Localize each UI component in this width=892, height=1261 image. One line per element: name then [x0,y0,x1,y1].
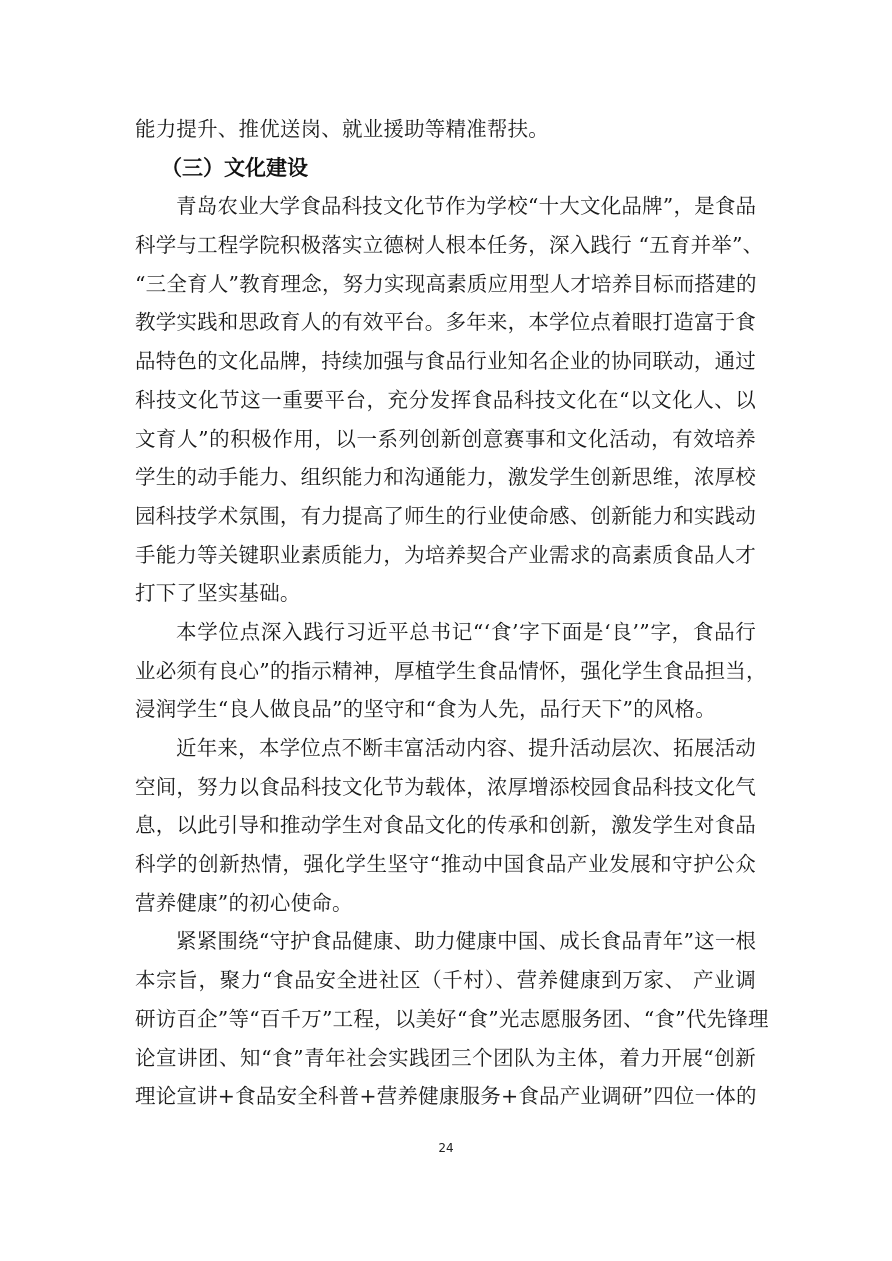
paragraph-line: “三全育人”教育理念，努力实现高素质应用型人才培养目标而搭建的 [135,265,756,304]
paragraph-line: 科学的创新热情，强化学生坚守“推动中国食品产业发展和守护公众 [135,845,756,884]
paragraph-line: 论宣讲团、知“食”青年社会实践团三个团队为主体，着力开展“创新 [135,1039,756,1078]
paragraph-core-purpose: 紧紧围绕“守护食品健康、助力健康中国、成长食品青年”这一根 本宗旨，聚力“食品安… [135,922,756,1115]
paragraph-line: 近年来，本学位点不断丰富活动内容、提升活动层次、拓展活动 [135,729,756,768]
paragraph-line: 青岛农业大学食品科技文化节作为学校“十大文化品牌”，是食品 [135,187,756,226]
paragraph-line: 手能力等关键职业素质能力，为培养契合产业需求的高素质食品人才 [135,536,756,575]
paragraph-line: 紧紧围绕“守护食品健康、助力健康中国、成长食品青年”这一根 [135,922,756,961]
lead-in-line: 能力提升、推优送岗、就业援助等精准帮扶。 [135,110,756,149]
paragraph-line: 本学位点深入践行习近平总书记“‘食’字下面是‘良’”字，食品行 [135,613,756,652]
page-number: 24 [0,1141,892,1155]
paragraph-line: 浸润学生“良人做良品”的坚守和“食为人先，品行天下”的风格。 [135,690,756,729]
paragraph-line: 息，以此引导和推动学生对食品文化的传承和创新，激发学生对食品 [135,806,756,845]
paragraph-line: 科技文化节这一重要平台，充分发挥食品科技文化在“以文化人、以 [135,381,756,420]
paragraph-line: 理论宣讲+食品安全科普+营养健康服务+食品产业调研”四位一体的 [135,1077,756,1116]
document-page: 能力提升、推优送岗、就业援助等精准帮扶。 （三）文化建设 青岛农业大学食品科技文… [135,110,756,1116]
paragraph-line: 打下了坚实基础。 [135,574,756,613]
paragraph-line: 教学实践和思政育人的有效平台。多年来，本学位点着眼打造富于食 [135,303,756,342]
paragraph-line: 业必须有良心”的指示精神，厚植学生食品情怀，强化学生食品担当， [135,652,756,691]
paragraph-line: 学生的动手能力、组织能力和沟通能力，激发学生创新思维，浓厚校 [135,458,756,497]
paragraph-line: 品特色的文化品牌，持续加强与食品行业知名企业的协同联动，通过 [135,342,756,381]
paragraph-recent-years: 近年来，本学位点不断丰富活动内容、提升活动层次、拓展活动 空间，努力以食品科技文… [135,729,756,922]
paragraph-line: 空间，努力以食品科技文化节为载体，浓厚增添校园食品科技文化气 [135,768,756,807]
paragraph-cultural-festival: 青岛农业大学食品科技文化节作为学校“十大文化品牌”，是食品 科学与工程学院积极落… [135,187,756,613]
paragraph-line: 本宗旨，聚力“食品安全进社区（千村）、营养健康到万家、 产业调 [135,961,756,1000]
paragraph-line: 营养健康”的初心使命。 [135,884,756,923]
paragraph-line: 科学与工程学院积极落实立德树人根本任务，深入践行 “五育并举”、 [135,226,756,265]
paragraph-guiding-spirit: 本学位点深入践行习近平总书记“‘食’字下面是‘良’”字，食品行 业必须有良心”的… [135,613,756,729]
paragraph-line: 文育人”的积极作用，以一系列创新创意赛事和文化活动，有效培养 [135,420,756,459]
section-heading: （三）文化建设 [135,149,756,188]
paragraph-line: 园科技学术氛围，有力提高了师生的行业使命感、创新能力和实践动 [135,497,756,536]
paragraph-line: 研访百企”等“百千万”工程，以美好“食”光志愿服务团、“食”代先锋理 [135,1000,756,1039]
